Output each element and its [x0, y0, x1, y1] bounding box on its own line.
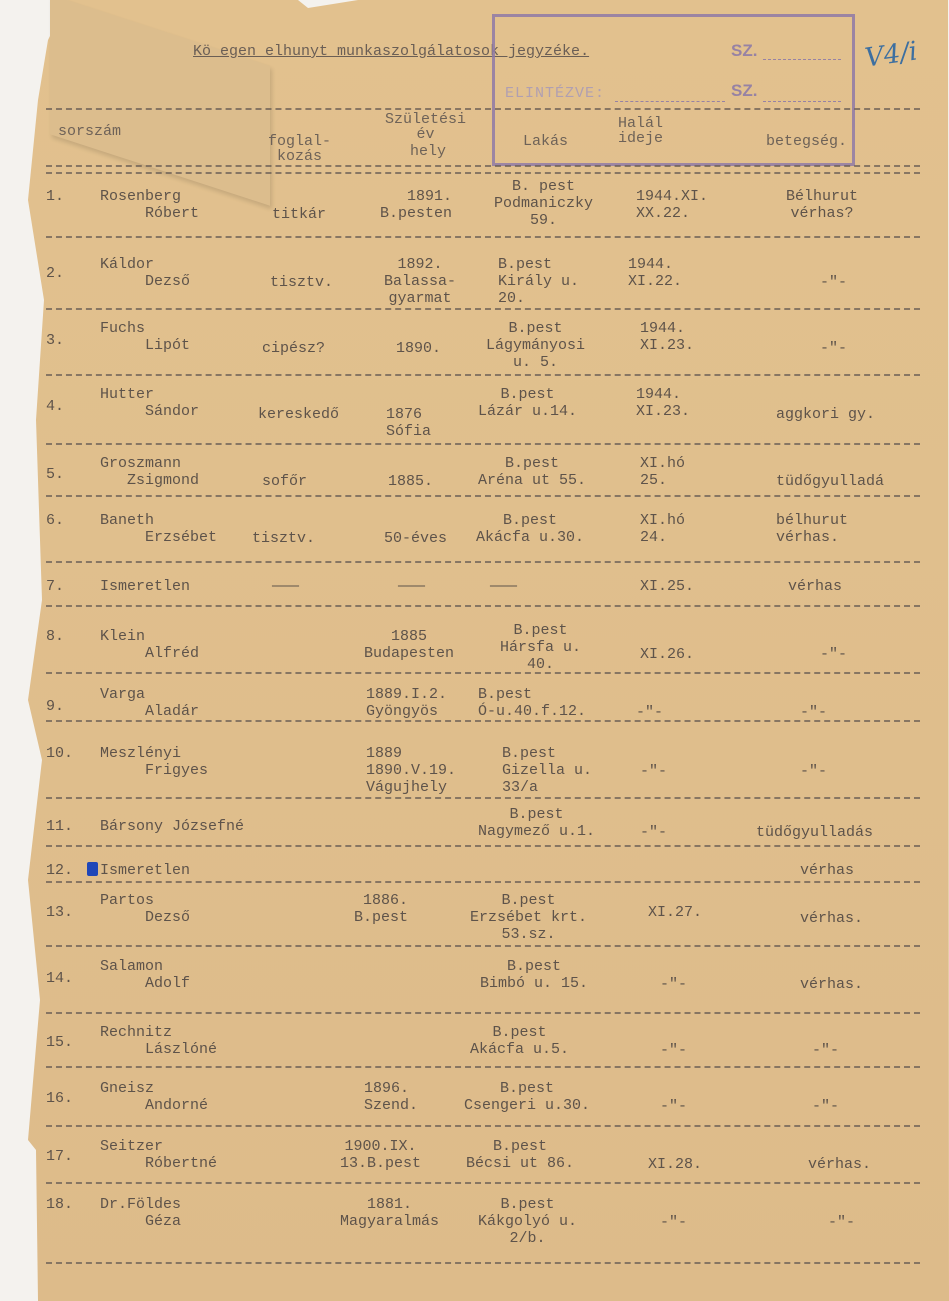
- row-name: Ismeretlen: [100, 578, 190, 595]
- row-number: 10.: [46, 745, 73, 762]
- row-death: 1944. XI.23.: [640, 320, 694, 354]
- row-death: -"-: [640, 763, 667, 780]
- row-death: XI.hó 25.: [640, 455, 685, 489]
- row-name: Dr.Földes Géza: [100, 1196, 181, 1230]
- row-divider: [46, 1066, 920, 1068]
- row-number: 3.: [46, 332, 64, 349]
- row-name: Meszlényi Frigyes: [100, 745, 208, 779]
- row-illness: -"-: [820, 274, 847, 291]
- row-address: B.pest Nagymező u.1.: [478, 806, 595, 840]
- row-address: B.pest Király u. 20.: [498, 256, 579, 307]
- row-name: Rechnitz Lászlóné: [100, 1024, 217, 1058]
- row-name: Rosenberg Róbert: [100, 188, 199, 222]
- row-number: 5.: [46, 466, 64, 483]
- row-number: 1.: [46, 188, 64, 205]
- row-illness: vérhas: [788, 578, 842, 595]
- row-number: 9.: [46, 698, 64, 715]
- row-birth: 1896. Szend.: [364, 1080, 418, 1114]
- row-death: -"-: [660, 976, 687, 993]
- row-number: 8.: [46, 628, 64, 645]
- row-address: B.pest Bimbó u. 15.: [480, 958, 588, 992]
- row-illness: -"-: [800, 763, 827, 780]
- row-name: Klein Alfréd: [100, 628, 199, 662]
- row-illness: tüdőgyulladá: [776, 473, 884, 490]
- row-address: B. pest Podmaniczky 59.: [494, 178, 593, 229]
- row-number: 18.: [46, 1196, 73, 1213]
- row-number: 15.: [46, 1034, 73, 1051]
- row-number: 11.: [46, 818, 73, 835]
- stamp-sz-2: SZ.: [731, 81, 757, 101]
- row-death: XI.27.: [648, 904, 702, 921]
- row-divider: [46, 1182, 920, 1184]
- row-name: Varga Aladár: [100, 686, 199, 720]
- row-birth: ———: [398, 578, 425, 595]
- row-name: Groszmann Zsigmond: [100, 455, 199, 489]
- header-rule-bottom: [46, 165, 920, 167]
- row-birth: 1891. B.pesten: [380, 188, 452, 222]
- row-death: XI.28.: [648, 1156, 702, 1173]
- row-name: Káldor Dezső: [100, 256, 190, 290]
- row-name: Salamon Adolf: [100, 958, 190, 992]
- row-address: B.pest Aréna ut 55.: [478, 455, 586, 489]
- row-occupation: tisztv.: [252, 530, 315, 547]
- row-birth: 1881. Magyaralmás: [340, 1196, 439, 1230]
- row-illness: vérhas.: [800, 976, 863, 993]
- row-death: -"-: [660, 1042, 687, 1059]
- row-birth: 1885 Budapesten: [364, 628, 454, 662]
- row-illness: vérhas: [800, 862, 854, 879]
- row-address: B.pest Erzsébet krt. 53.sz.: [470, 892, 587, 943]
- row-address: B.pest Csengeri u.30.: [464, 1080, 590, 1114]
- header-rule-top: [46, 108, 920, 110]
- header-sorszam: sorszám: [58, 124, 121, 139]
- row-number: 2.: [46, 265, 64, 282]
- row-divider: [46, 1262, 920, 1264]
- row-death: 1944. XI.22.: [628, 256, 682, 290]
- row-name: Partos Dezső: [100, 892, 190, 926]
- row-address: B.pest Gizella u. 33/a: [502, 745, 592, 796]
- header-halal-ideje: Halál ideje: [618, 116, 663, 146]
- row-occupation: kereskedő: [258, 406, 339, 423]
- row-occupation: cipész?: [262, 340, 325, 357]
- row-death: 1944.XI. XX.22.: [636, 188, 708, 222]
- row-illness: -"-: [820, 646, 847, 663]
- row-birth: 1889 1890.V.19. Vágujhely: [366, 745, 456, 796]
- row-birth: 50-éves: [384, 530, 447, 547]
- row-birth: 1889.I.2. Gyöngyös: [366, 686, 447, 720]
- row-name: Fuchs Lipót: [100, 320, 190, 354]
- row-address: ———: [490, 578, 517, 595]
- header-lakas: Lakás: [523, 134, 568, 149]
- row-name: Baneth Erzsébet: [100, 512, 217, 546]
- row-address: B.pest Lágymányosi u. 5.: [486, 320, 585, 371]
- row-address: B.pest Ó-u.40.f.12.: [478, 686, 586, 720]
- row-divider: [46, 720, 920, 722]
- row-death: XI.hó 24.: [640, 512, 685, 546]
- row-illness: tüdőgyulladás: [756, 824, 873, 841]
- row-divider: [46, 1125, 920, 1127]
- row-address: B.pest Bécsi ut 86.: [466, 1138, 574, 1172]
- row-birth: 1876 Sófia: [386, 406, 431, 440]
- row-name: Gneisz Andorné: [100, 1080, 208, 1114]
- row-death: -"-: [660, 1098, 687, 1115]
- header-foglalkozas: foglal- kozás: [268, 134, 331, 164]
- row-number: 4.: [46, 398, 64, 415]
- row-illness: vérhas.: [800, 910, 863, 927]
- row-divider: [46, 845, 920, 847]
- row-illness: -"-: [828, 1214, 855, 1231]
- header-szuletesi-ev: Születési év: [385, 112, 466, 142]
- row-illness: bélhurut vérhas.: [776, 512, 848, 546]
- row-divider: [46, 495, 920, 497]
- row-illness: -"-: [812, 1098, 839, 1115]
- row-death: -"-: [636, 704, 663, 721]
- row-divider: [46, 308, 920, 310]
- row-address: B.pest Hársfa u. 40.: [500, 622, 581, 673]
- stamp-sz-1: SZ.: [731, 41, 757, 61]
- stamp-line-1: [763, 59, 841, 60]
- row-name: Ismeretlen: [100, 862, 190, 879]
- row-address: B.pest Kákgolyó u. 2/b.: [478, 1196, 577, 1247]
- row-illness: -"-: [820, 340, 847, 357]
- row-death: -"-: [660, 1214, 687, 1231]
- row-divider: [46, 561, 920, 563]
- header-hely: hely: [410, 144, 446, 159]
- row-name: Seitzer Róbertné: [100, 1138, 217, 1172]
- row-occupation: sofőr: [262, 473, 307, 490]
- row-death: 1944. XI.23.: [636, 386, 690, 420]
- row-divider: [46, 374, 920, 376]
- row-occupation: tisztv.: [270, 274, 333, 291]
- header-betegseg: betegség.: [766, 134, 847, 149]
- row-divider: [46, 1012, 920, 1014]
- row-death: -"-: [640, 824, 667, 841]
- stamp-line-2: [615, 101, 725, 102]
- stamp-elintezve: ELINTÉZVE:: [505, 85, 605, 102]
- row-number: 12.: [46, 862, 73, 879]
- row-occupation: titkár: [272, 206, 326, 223]
- row-occupation: ———: [272, 578, 299, 595]
- stamp-line-3: [763, 101, 841, 102]
- row-name: Bársony Józsefné: [100, 818, 244, 835]
- row-divider: [46, 881, 920, 883]
- row-name: Hutter Sándor: [100, 386, 199, 420]
- row-illness: -"-: [800, 704, 827, 721]
- header-rule-bottom-2: [46, 172, 920, 174]
- row-number: 17.: [46, 1148, 73, 1165]
- row-address: B.pest Akácfa u.30.: [476, 512, 584, 546]
- row-number: 6.: [46, 512, 64, 529]
- row-birth: 1886. B.pest: [354, 892, 408, 926]
- row-number: 7.: [46, 578, 64, 595]
- row-divider: [46, 443, 920, 445]
- row-divider: [46, 945, 920, 947]
- row-illness: -"-: [812, 1042, 839, 1059]
- row-number: 16.: [46, 1090, 73, 1107]
- row-illness: vérhas.: [808, 1156, 871, 1173]
- row-divider: [46, 672, 920, 674]
- row-number: 13.: [46, 904, 73, 921]
- blue-ink-mark: [87, 862, 98, 876]
- row-divider: [46, 236, 920, 238]
- row-divider: [46, 797, 920, 799]
- row-birth: 1900.IX. 13.B.pest: [340, 1138, 421, 1172]
- row-birth: 1885.: [388, 473, 433, 490]
- row-divider: [46, 605, 920, 607]
- row-birth: 1890.: [396, 340, 441, 357]
- row-illness: aggkori gy.: [776, 406, 875, 423]
- row-death: XI.26.: [640, 646, 694, 663]
- row-address: B.pest Lázár u.14.: [478, 386, 577, 420]
- row-address: B.pest Akácfa u.5.: [470, 1024, 569, 1058]
- row-birth: 1892. Balassa- gyarmat: [384, 256, 456, 307]
- row-death: XI.25.: [640, 578, 694, 595]
- row-number: 14.: [46, 970, 73, 987]
- row-illness: Bélhurut vérhas?: [786, 188, 858, 222]
